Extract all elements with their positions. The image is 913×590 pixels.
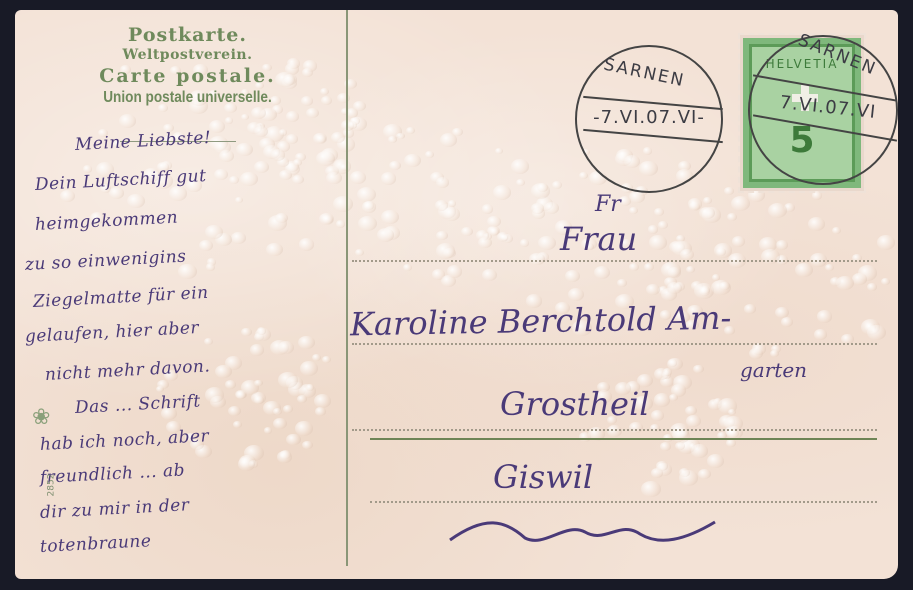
card-header: Postkarte. Weltpostverein. Carte postale… — [75, 24, 300, 108]
message-line: hab ich noch, aber — [39, 426, 209, 455]
vertical-divider — [346, 10, 348, 566]
header-postkarte: Postkarte. — [75, 24, 300, 46]
header-union-postale: Union postale universelle. — [92, 88, 283, 108]
message-line: freundlich ... ab — [39, 460, 185, 488]
header-carte-postale: Carte postale. — [75, 64, 300, 88]
address-name: Karoline Berchtold Am- — [350, 299, 732, 344]
address-town: Giswil — [493, 458, 593, 496]
message-line: nicht mehr davon. — [44, 356, 210, 385]
message-line: dir zu mir in der — [39, 495, 189, 523]
postmark-left: SARNEN -7.VI.07.VI- — [575, 45, 723, 193]
postmark-right: SARNEN 7.VI.07.VI — [748, 35, 898, 185]
address-line-3 — [352, 429, 877, 431]
header-weltpostverein: Weltpostverein. — [75, 46, 300, 64]
address-line-4 — [370, 501, 877, 503]
message-line: Dein Luftschiff gut — [34, 166, 206, 195]
message-line: heimgekommen — [34, 208, 178, 235]
postcard: Postkarte. Weltpostverein. Carte postale… — [15, 10, 898, 579]
publisher-number: 2852 — [46, 474, 56, 497]
postmark-date: -7.VI.07.VI- — [575, 107, 723, 128]
address-locality: Grostheil — [500, 385, 649, 423]
address-solid-line — [370, 438, 877, 440]
message-line: Ziegelmatte für ein — [32, 283, 209, 312]
message-line: Meine Liebste! — [74, 128, 211, 155]
message-line: Das ... Schrift — [74, 391, 201, 418]
message-line: totenbraune — [39, 531, 151, 557]
message-line: gelaufen, hier aber — [24, 318, 199, 347]
address-line-frau: Frau — [560, 220, 637, 258]
underline-flourish — [445, 510, 725, 550]
address-line-2 — [352, 343, 877, 345]
address-line-1 — [352, 260, 877, 262]
message-line: zu so einwenigins — [24, 247, 186, 275]
publisher-logo-icon: ❀ — [32, 405, 58, 453]
address-name-continuation: garten — [740, 358, 807, 382]
address-salutation-abbrev: Fr — [595, 192, 621, 217]
